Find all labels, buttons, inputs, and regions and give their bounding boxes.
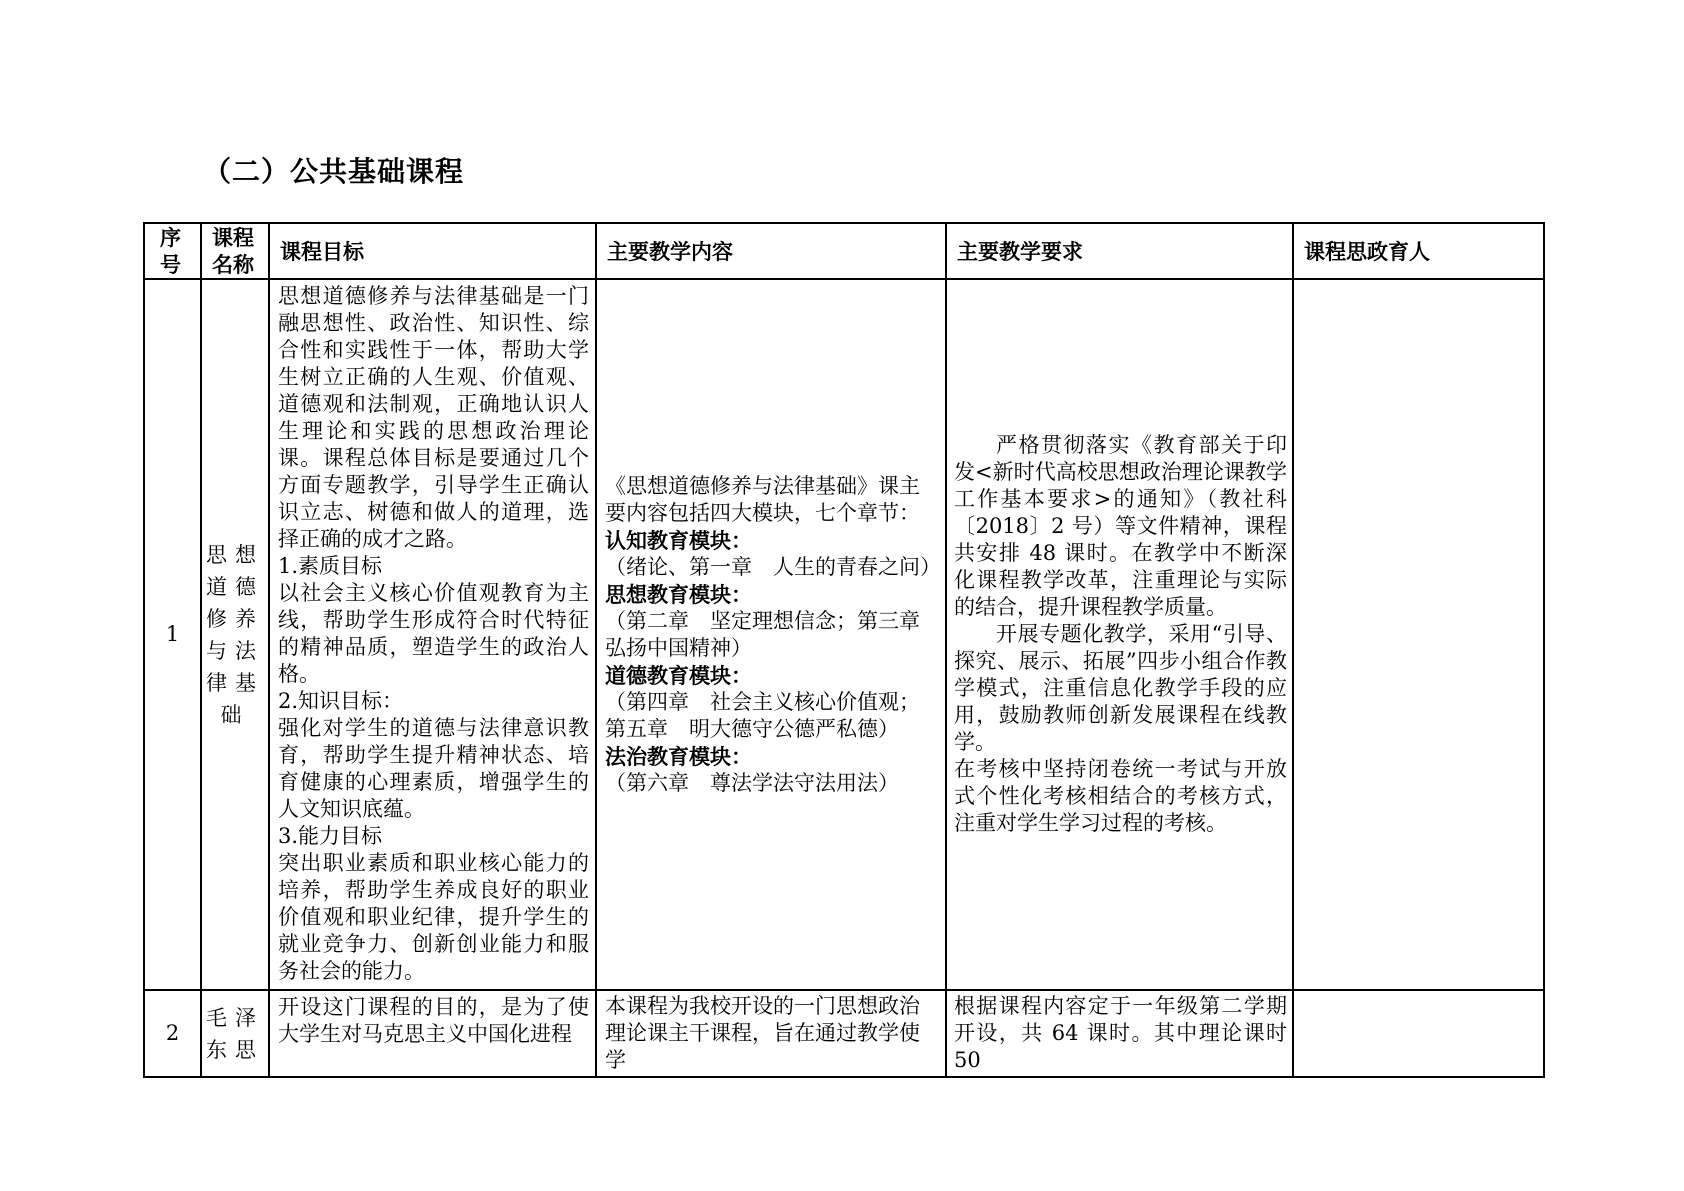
header-objectives-label: 课程目标 [280,239,364,264]
paragraph: 法治教育模块： [605,743,939,770]
header-index: 序 号 [144,223,201,279]
paragraph: 在考核中坚持闭卷统一考试与开放式个性化考核相结合的考核方式，注重对学生学习过程的… [954,756,1287,837]
header-ideology: 课程思政育人 [1293,223,1544,279]
paragraph: 思想道德修养与法律基础 [205,539,265,731]
course-content-cell: 《思想道德修养与法律基础》课主要内容包括四大模块，七个章节：认知教育模块：（绪论… [596,279,946,990]
header-row: 序 号 课程 名称 课程目标 主要教学内容 主要教学要求 课程思政育人 [144,223,1544,279]
paragraph: 1.素质目标 [278,553,589,580]
table-row: 2毛泽东思开设这门课程的目的，是为了使大学生对马克思主义中国化进程本课程为我校开… [144,990,1544,1077]
paragraph: （第二章 坚定理想信念；第三章 弘扬中国精神） [605,608,939,662]
paragraph: 思想教育模块： [605,581,939,608]
header-requirements-label: 主要教学要求 [957,239,1083,264]
paragraph: 突出职业素质和职业核心能力的培养，帮助学生养成良好的职业价值观和职业纪律，提升学… [278,850,589,985]
paragraph: （第四章 社会主义核心价值观；第五章 明大德守公德严私德） [605,689,939,743]
paragraph: 以社会主义核心价值观教育为主线，帮助学生形成符合时代特征的精神品质，塑造学生的政… [278,580,589,688]
course-requirements-cell: 严格贯彻落实《教育部关于印发<新时代高校思想政治理论课教学工作基本要求>的通知》… [946,279,1293,990]
row-index-cell: 2 [144,990,201,1077]
course-content-cell: 本课程为我校开设的一门思想政治理论课主干课程，旨在通过教学使学 [596,990,946,1077]
paragraph: 2.知识目标： [278,688,589,715]
document-page: （二）公共基础课程 序 号 课程 名称 课程目标 主要教学内容 主要教学要求 课… [0,0,1684,1191]
header-ideology-label: 课程思政育人 [1304,239,1430,264]
paragraph: 1 [145,621,200,648]
paragraph: 开展专题化教学，采用“引导、探究、展示、拓展”四步小组合作教学模式，注重信息化教… [954,621,1287,756]
paragraph: 道德教育模块： [605,662,939,689]
paragraph: 《思想道德修养与法律基础》课主要内容包括四大模块，七个章节： [605,473,939,527]
paragraph: 3.能力目标 [278,823,589,850]
course-ideology-cell [1293,279,1544,990]
header-course-name: 课程 名称 [201,223,269,279]
paragraph: 2 [145,1020,200,1047]
paragraph: 认知教育模块： [605,527,939,554]
header-course-name-label: 课程 名称 [212,225,254,277]
course-name-cell: 思想道德修养与法律基础 [201,279,269,990]
header-objectives: 课程目标 [269,223,596,279]
paragraph: 强化对学生的道德与法律意识教育，帮助学生提升精神状态、培育健康的心理素质，增强学… [278,715,589,823]
header-index-label: 序 号 [160,225,181,277]
paragraph: （绪论、第一章 人生的青春之问） [605,554,939,581]
course-name-cell: 毛泽东思 [201,990,269,1077]
table-body: 1思想道德修养与法律基础思想道德修养与法律基础是一门融思想性、政治性、知识性、综… [144,279,1544,1077]
paragraph: 严格贯彻落实《教育部关于印发<新时代高校思想政治理论课教学工作基本要求>的通知》… [954,432,1287,621]
course-requirements-cell: 根据课程内容定于一年级第二学期开设，共 64 课时。其中理论课时 50 [946,990,1293,1077]
paragraph: （第六章 尊法学法守法用法） [605,770,939,797]
table-row: 1思想道德修养与法律基础思想道德修养与法律基础是一门融思想性、政治性、知识性、综… [144,279,1544,990]
course-ideology-cell [1293,990,1544,1077]
header-requirements: 主要教学要求 [946,223,1293,279]
paragraph: 思想道德修养与法律基础是一门融思想性、政治性、知识性、综合性和实践性于一体，帮助… [278,283,589,553]
paragraph: 开设这门课程的目的，是为了使大学生对马克思主义中国化进程 [278,994,589,1048]
paragraph: 根据课程内容定于一年级第二学期开设，共 64 课时。其中理论课时 50 [954,993,1287,1074]
header-content-label: 主要教学内容 [607,239,733,264]
course-objectives-cell: 思想道德修养与法律基础是一门融思想性、政治性、知识性、综合性和实践性于一体，帮助… [269,279,596,990]
header-content: 主要教学内容 [596,223,946,279]
section-title: （二）公共基础课程 [203,150,464,190]
course-table: 序 号 课程 名称 课程目标 主要教学内容 主要教学要求 课程思政育人 1思想道… [143,222,1545,1078]
course-objectives-cell: 开设这门课程的目的，是为了使大学生对马克思主义中国化进程 [269,990,596,1077]
paragraph: 本课程为我校开设的一门思想政治理论课主干课程，旨在通过教学使学 [605,993,939,1074]
paragraph: 毛泽东思 [205,1002,265,1066]
row-index-cell: 1 [144,279,201,990]
